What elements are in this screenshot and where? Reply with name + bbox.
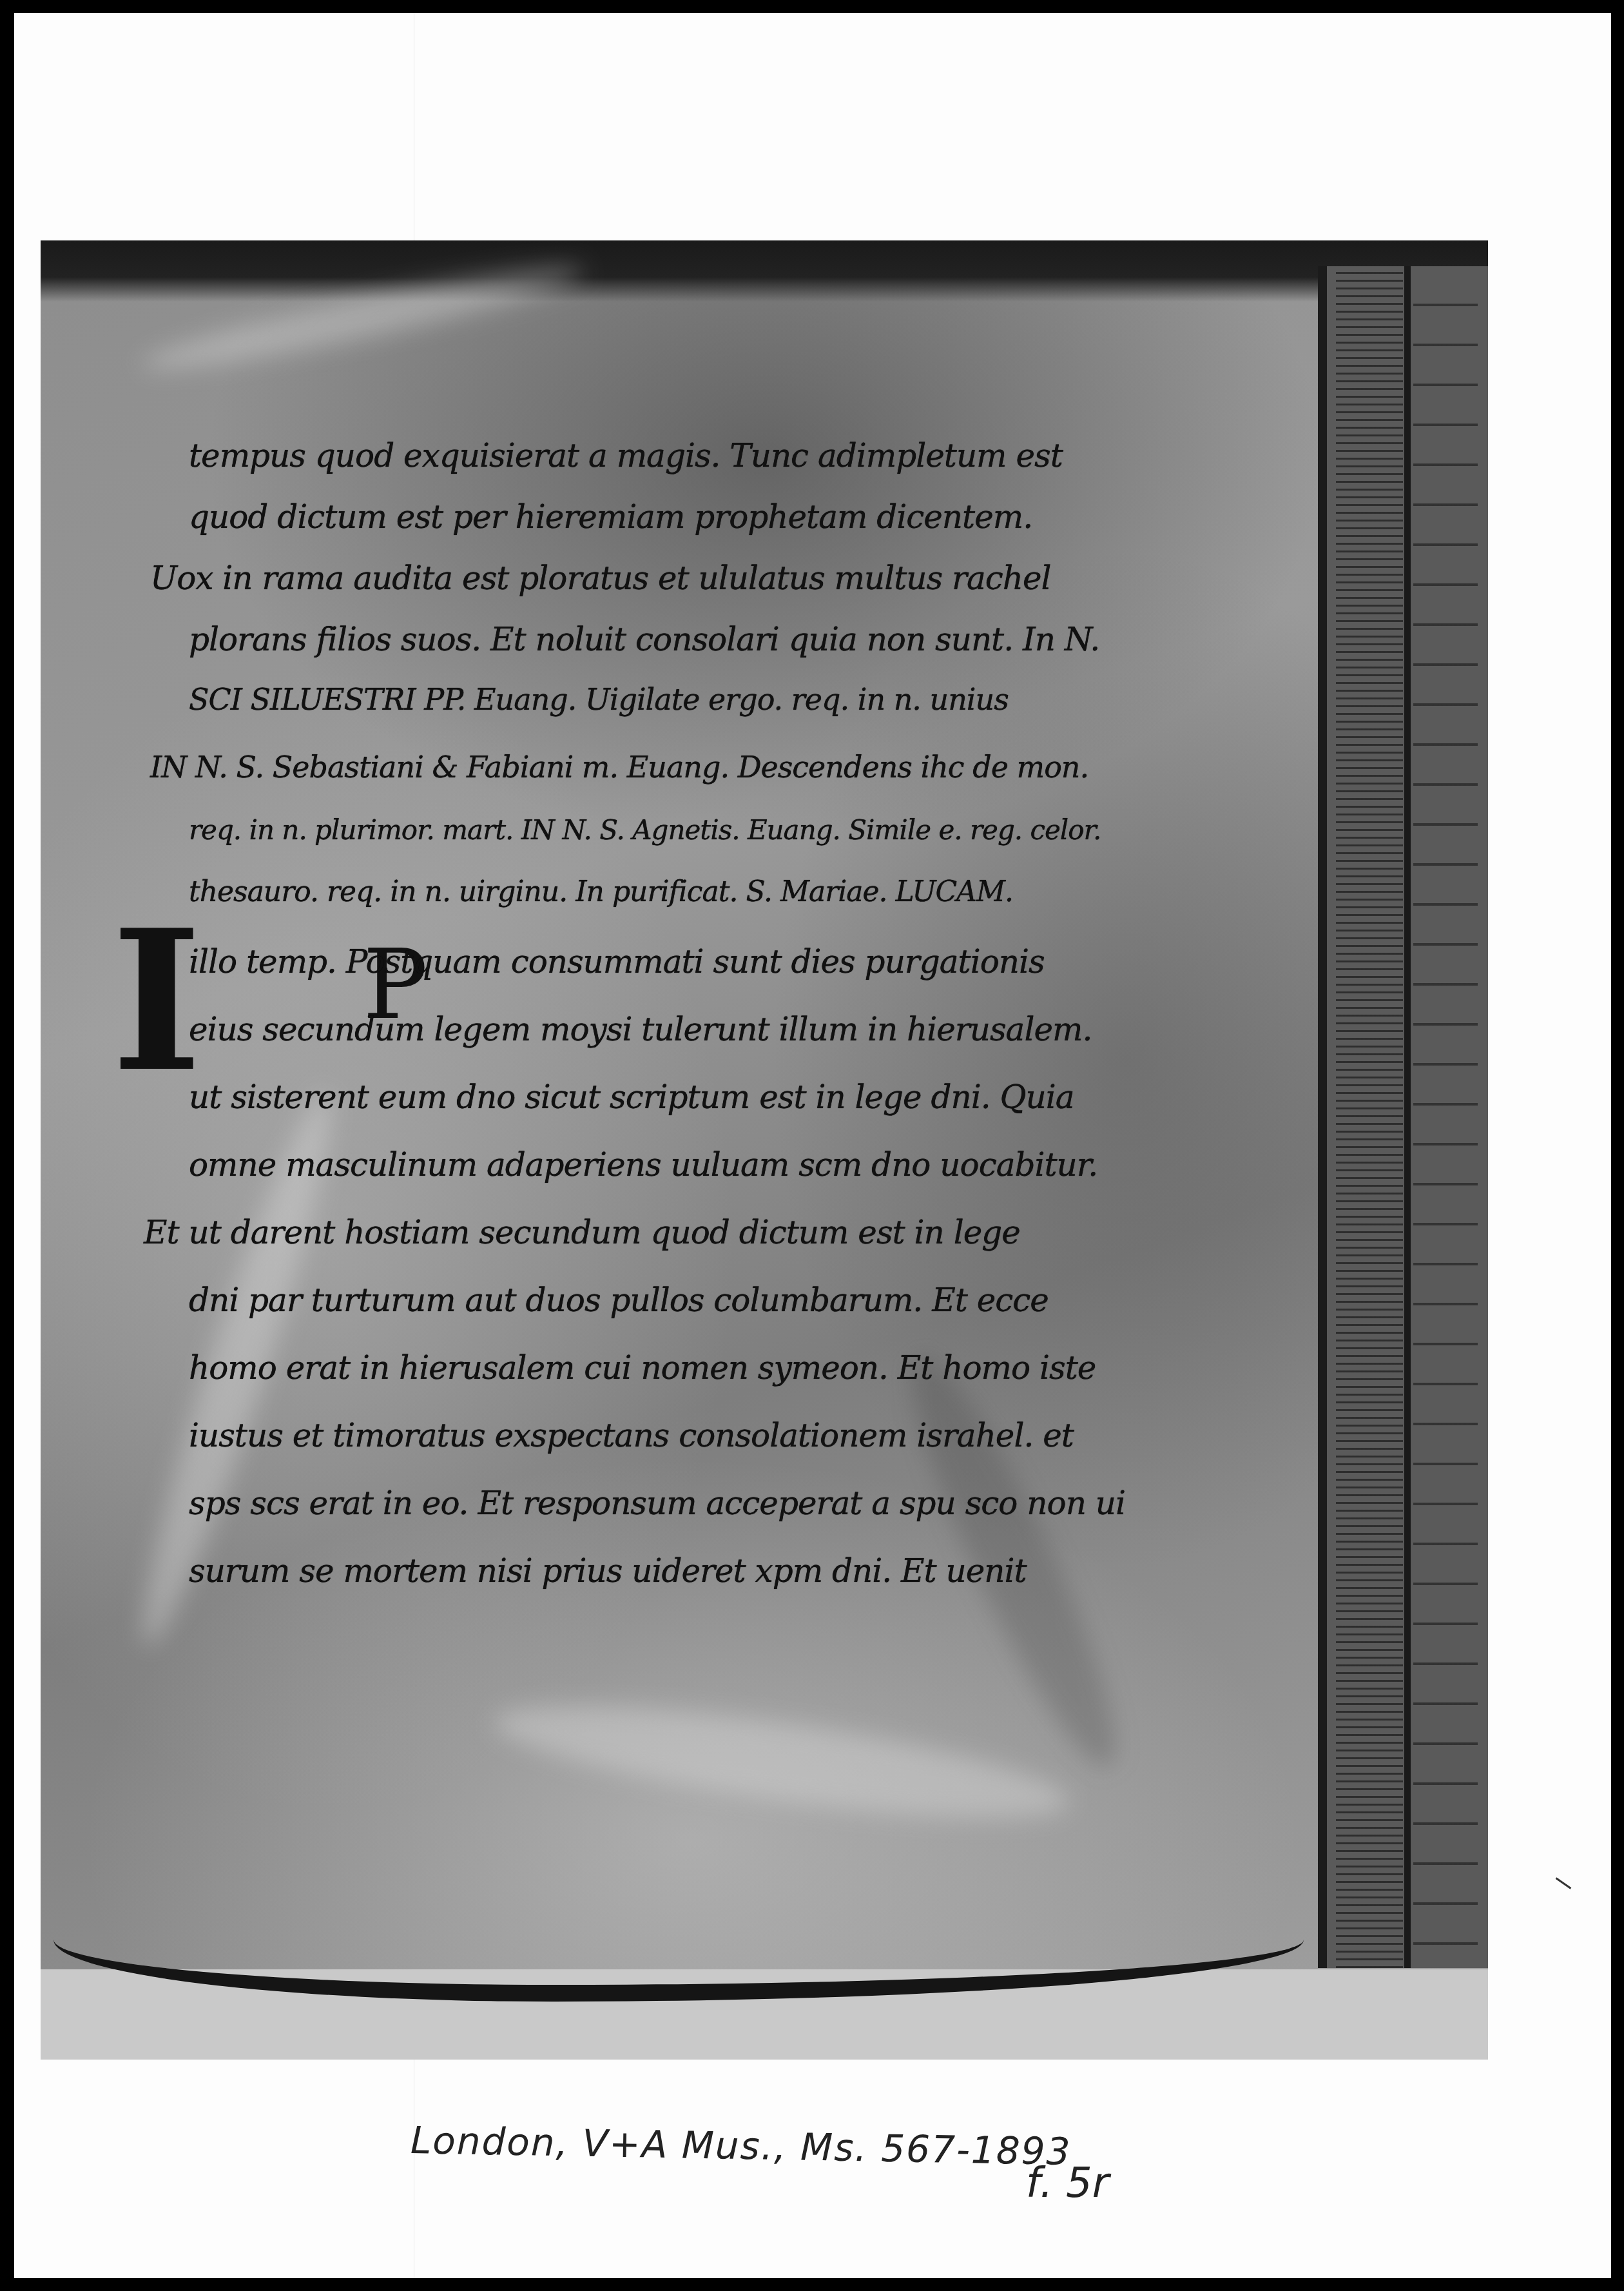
manuscript-line: dni par turturum aut duos pullos columba… (189, 1282, 1049, 1319)
stray-pen-mark (1556, 1877, 1572, 1889)
manuscript-line: illo temp. Postquam consummati sunt dies… (189, 943, 1045, 980)
manuscript-line: tempus quod exquisierat a magis. Tunc ad… (189, 437, 1063, 474)
manuscript-line: homo erat in hierusalem cui nomen symeon… (189, 1349, 1096, 1387)
manuscript-rubric-line: SCI SILUESTRI PP. Euang. Uigilate ergo. … (189, 682, 1009, 717)
manuscript-line: Et ut darent hostiam secundum quod dictu… (144, 1214, 1020, 1251)
manuscript-text-block: I P tempus quod exquisierat a magis. Tun… (41, 240, 1488, 2060)
manuscript-line: eius secundum legem moysi tulerunt illum… (189, 1011, 1092, 1048)
manuscript-line: surum se mortem nisi prius uideret xpm d… (189, 1552, 1027, 1590)
handwritten-shelfmark-caption: London, V+A Mus., Ms. 567-1893 (410, 2118, 1072, 2174)
manuscript-rubric-line: IN N. S. Sebastiani & Fabiani m. Euang. … (150, 750, 1088, 785)
manuscript-rubric-line: req. in n. plurimor. mart. IN N. S. Agne… (189, 814, 1101, 846)
manuscript-line: quod dictum est per hieremiam prophetam … (189, 498, 1032, 536)
scanned-page: I P tempus quod exquisierat a magis. Tun… (14, 13, 1611, 2278)
manuscript-line: sps scs erat in eo. Et responsum acceper… (189, 1485, 1125, 1522)
handwritten-folio-number: f. 5r (1026, 2159, 1109, 2207)
manuscript-rubric-line: thesauro. req. in n. uirginu. In purific… (189, 875, 1013, 908)
manuscript-line: omne masculinum adaperiens uuluam scm dn… (189, 1146, 1097, 1184)
decorated-initial-I: I (111, 904, 202, 1098)
manuscript-line: Uox in rama audita est ploratus et ulula… (150, 560, 1051, 597)
manuscript-line: iustus et timoratus exspectans consolati… (189, 1417, 1074, 1454)
manuscript-photograph: I P tempus quod exquisierat a magis. Tun… (41, 240, 1488, 2060)
manuscript-line: ut sisterent eum dno sicut scriptum est … (189, 1078, 1074, 1116)
manuscript-line: plorans filios suos. Et noluit consolari… (189, 621, 1099, 658)
